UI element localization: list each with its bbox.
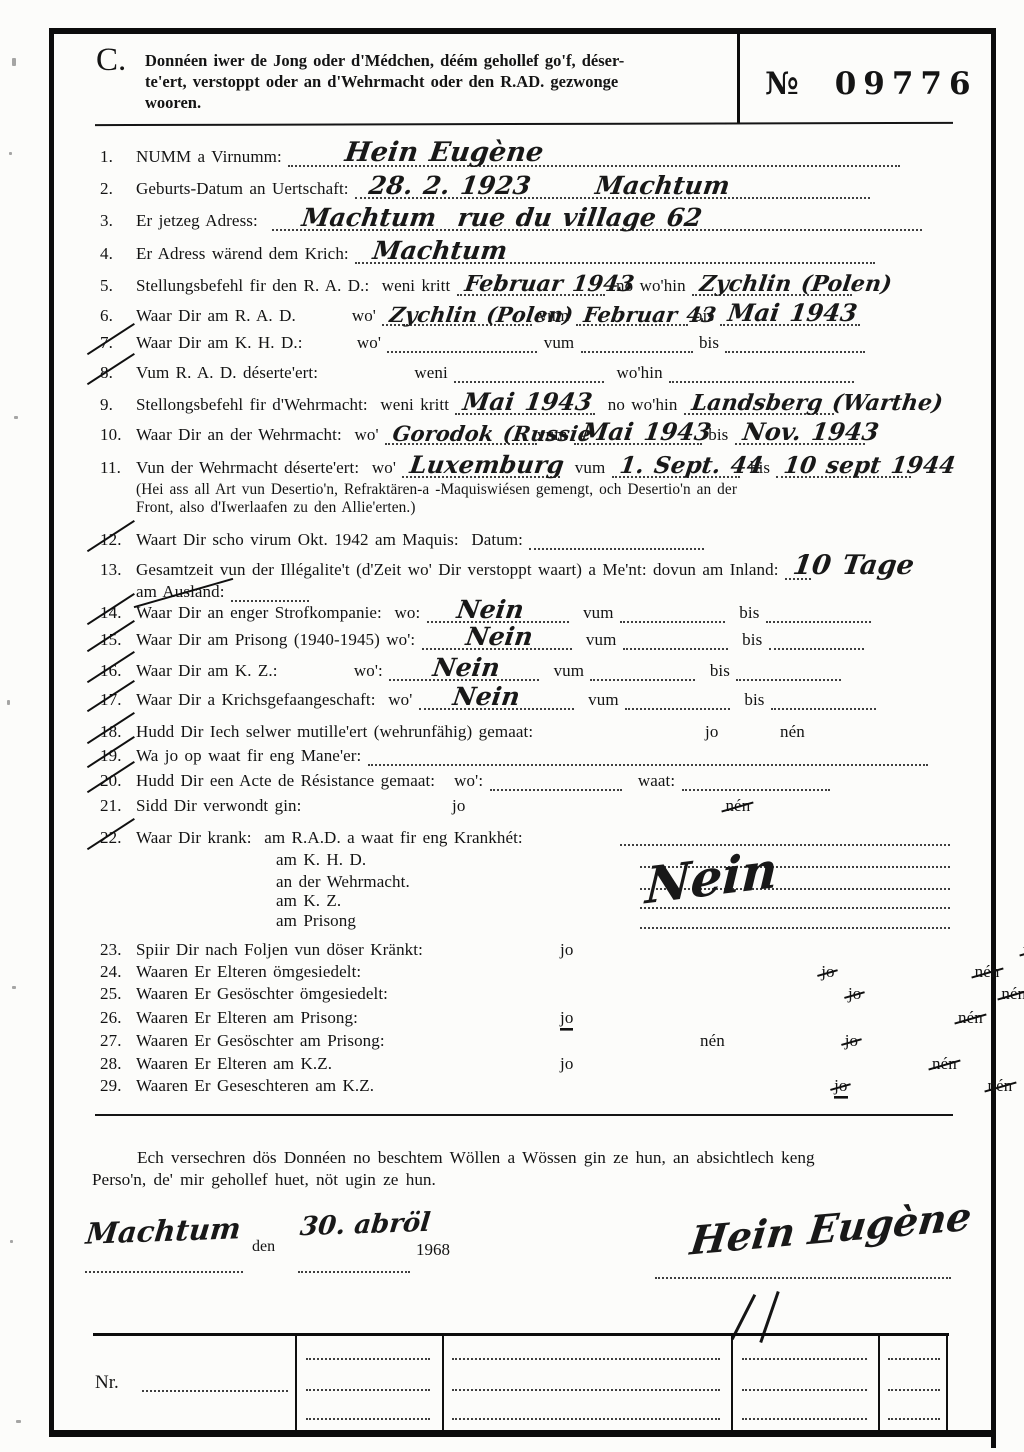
- handwritten-date: 30. abröl: [298, 1208, 431, 1243]
- handwritten-value: Mai 1943: [461, 387, 594, 416]
- form-item-10: 10.Waar Dir an der Wehrmacht: wo' Gorodo…: [100, 425, 1000, 445]
- table-column-line: [295, 1336, 297, 1430]
- entry-line: Nein: [422, 631, 572, 650]
- handwritten-value: Mai 1943: [726, 298, 859, 327]
- entry-line: 1. Sept. 44: [612, 459, 740, 478]
- item-number: 25.: [100, 984, 136, 1004]
- field-label: bis: [693, 333, 726, 353]
- form-item-25: 25.Waaren Er Gesöschter ömgesiedelt:joné…: [100, 984, 1000, 1004]
- item-number: 21.: [100, 796, 136, 816]
- field-label: Waar Dir am K. H. D.:: [136, 333, 309, 353]
- item-number: 15.: [100, 630, 136, 650]
- item-number: 17.: [100, 690, 136, 710]
- handwritten-value: 10 sept 1944: [782, 452, 957, 479]
- table-dotted-line: [452, 1418, 720, 1420]
- item-number: 23.: [100, 940, 136, 960]
- handwritten-value: Nein: [464, 622, 535, 651]
- field-label: Gesamtzeit vun der Illégalite't (d'Zeit …: [136, 560, 785, 580]
- form-item-11: 11.Vun der Wehrmacht déserte'ert: wo' Lu…: [100, 458, 1000, 478]
- form-subrow: am K. H. D.: [100, 850, 1000, 870]
- form-item-28: 28.Waaren Er Elteren am K.Z.jonén: [100, 1054, 1000, 1074]
- handwritten-value: Hein Eugène: [343, 137, 546, 168]
- field-label: vum: [547, 661, 590, 681]
- dotted-line: [231, 583, 309, 602]
- entry-line: Mai 1943: [720, 307, 860, 326]
- field-label: Waar Dir krank: am R.A.D. a waat fir eng…: [136, 828, 529, 848]
- item-number: 5.: [100, 276, 136, 296]
- entry-line: 10 sept 1944: [776, 459, 911, 478]
- field-label: Waar Dir an der Wehrmacht:: [136, 425, 355, 445]
- dotted-line: [454, 364, 604, 383]
- dotted-line: [387, 334, 537, 353]
- option-label: jo: [560, 1054, 573, 1074]
- table-dotted-line: [742, 1389, 867, 1391]
- dotted-line: [669, 364, 854, 383]
- handwritten-value: Zychlin (Polen): [698, 271, 894, 297]
- entry-line: Machtum rue du village 62: [272, 212, 922, 231]
- frame-bottom-border: [49, 1430, 996, 1437]
- table-dotted-line: [306, 1358, 430, 1360]
- form-subrow: am K. Z.: [100, 891, 1000, 911]
- handwritten-value: Mai 1943: [580, 417, 713, 446]
- option-label: jo: [821, 962, 834, 982]
- entry-line: Nein: [389, 662, 539, 681]
- dotted-line: [625, 691, 730, 710]
- form-item-16: 16.Waar Dir am K. Z.: wo': Nein vum bis: [100, 661, 1000, 681]
- signature-dotted-line: [655, 1260, 951, 1279]
- entry-line: Nein: [419, 691, 574, 710]
- dotted-line: [771, 691, 876, 710]
- field-label: vum: [582, 690, 625, 710]
- scan-artifact: [10, 1240, 13, 1243]
- handwritten-value: Machtum: [371, 236, 509, 265]
- field-label: waat:: [632, 771, 682, 791]
- form-item-18: 18.Hudd Dir Iech selwer mutille'ert (weh…: [100, 722, 1000, 742]
- dotted-line: [590, 662, 695, 681]
- form-item-20: 20.Hudd Dir een Acte de Résistance gemaa…: [100, 771, 1000, 791]
- den-label: den: [252, 1238, 275, 1256]
- item-number: 24.: [100, 962, 136, 982]
- entry-line: Zychlin (Polen): [382, 307, 532, 326]
- header-divider: [737, 34, 740, 124]
- form-subrow: am Ausland:: [100, 582, 1000, 602]
- handwritten-value: Nov. 1943: [741, 417, 881, 446]
- option-label: nén: [932, 1054, 957, 1074]
- option-label: nén: [975, 962, 1000, 982]
- field-label: am Ausland:: [136, 582, 231, 602]
- dotted-line: [620, 827, 950, 846]
- form-item-3: 3.Er jetzeg Adress: Machtum rue du villa…: [100, 211, 1000, 231]
- item-number: 29.: [100, 1076, 136, 1096]
- entry-line: Machtum: [355, 245, 875, 264]
- form-title-line: te'ert, verstoppt oder an d'Wehrmacht od…: [145, 71, 725, 92]
- form-item-24: 24.Waaren Er Elteren ömgesiedelt:jonén: [100, 962, 1000, 982]
- form-title-line: Donnéen iwer de Jong oder d'Médchen, déé…: [145, 50, 725, 71]
- table-dotted-line: [306, 1389, 430, 1391]
- form-item-4: 4.Er Adress wärend dem Krich: Machtum: [100, 244, 1000, 264]
- field-label: vum: [537, 333, 580, 353]
- field-label: Waaren Er Geseschteren am K.Z.: [136, 1076, 374, 1096]
- item-number: 27.: [100, 1031, 136, 1051]
- table-dotted-line: [142, 1390, 288, 1392]
- item-number: 7.: [100, 333, 136, 353]
- field-label: Vum R. A. D. déserte'ert:: [136, 363, 324, 383]
- field-label: Waar Dir am R. A. D.: [136, 306, 296, 326]
- scan-artifact: [7, 700, 10, 705]
- form-item-2: 2.Geburts-Datum an Uertschaft: 28. 2. 19…: [100, 179, 1000, 199]
- entry-line: Landsberg (Warthe): [684, 396, 834, 415]
- field-label: vum: [568, 458, 611, 478]
- item-number: 28.: [100, 1054, 136, 1074]
- table-column-line: [946, 1336, 948, 1430]
- field-label: Sidd Dir verwondt gin:: [136, 796, 301, 816]
- dotted-line: [725, 334, 865, 353]
- item-number: 6.: [100, 306, 136, 326]
- form-item-21: 21.Sidd Dir verwondt gin:jonén: [100, 796, 1000, 816]
- dotted-line: [298, 1254, 410, 1273]
- note-text: Front, also d'Iwerlaafen zu den Allie'er…: [136, 499, 416, 517]
- item-number: 26.: [100, 1008, 136, 1028]
- form-item-19: 19.Wa jo op waat fir eng Mane'er:: [100, 746, 1000, 766]
- field-label: am K. Z.: [276, 891, 341, 911]
- form-subrow: Front, also d'Iwerlaafen zu den Allie'er…: [100, 499, 1000, 517]
- table-dotted-line: [452, 1358, 720, 1360]
- field-label: am K. H. D.: [276, 850, 366, 870]
- option-label: jo: [560, 1008, 573, 1028]
- form-item-26: 26.Waaren Er Elteren am Prisong:jonén: [100, 1008, 1000, 1028]
- field-label: wo': [388, 690, 419, 710]
- item-number: 3.: [100, 211, 136, 231]
- field-label: Waar Dir an enger Strofkompanie: wo:: [136, 603, 427, 623]
- handwritten-value: Zychlin (Polen): [388, 302, 575, 327]
- table-dotted-line: [306, 1418, 430, 1420]
- scan-artifact: [16, 1420, 21, 1423]
- field-label: bis: [736, 630, 769, 650]
- frame-top-border: [49, 28, 995, 34]
- handwritten-value: Luxemburg: [408, 450, 566, 479]
- option-label: jo: [452, 796, 465, 816]
- handwritten-value: Machtum rue du village 62: [300, 203, 704, 232]
- table-column-line: [442, 1336, 444, 1430]
- scan-artifact: [14, 416, 18, 419]
- item-number: 20.: [100, 771, 136, 791]
- entry-line: Hein Eugène: [288, 148, 900, 167]
- declaration-line: Perso'n, de' mir gehollef huet, nöt ugin…: [92, 1170, 436, 1190]
- dotted-line: [623, 631, 728, 650]
- form-item-7: 7.Waar Dir am K. H. D.: wo' vum bis: [100, 333, 1000, 353]
- field-label: Stellungsbefehl fir den R. A. D.:: [136, 276, 376, 296]
- table-column-line: [878, 1336, 880, 1430]
- handwritten-value: Nein: [431, 653, 502, 682]
- table-dotted-line: [742, 1418, 867, 1420]
- dotted-line: [620, 604, 725, 623]
- scan-artifact: [12, 58, 16, 66]
- field-label: Waaren Er Elteren am K.Z.: [136, 1054, 332, 1074]
- form-item-8: 8.Vum R. A. D. déserte'ert: weni wo'hin: [100, 363, 1000, 383]
- field-label: Er Adress wärend dem Krich:: [136, 244, 355, 264]
- dotted-line: [766, 604, 871, 623]
- dotted-line: [736, 662, 841, 681]
- item-number: 12.: [100, 530, 136, 550]
- form-item-13: 13.Gesamtzeit vun der Illégalite't (d'Ze…: [100, 560, 1000, 580]
- field-label: Waart Dir scho virum Okt. 1942 am Maquis…: [136, 530, 529, 550]
- item-number: 16.: [100, 661, 136, 681]
- scan-artifact: [9, 152, 12, 155]
- scan-artifact: [12, 986, 16, 989]
- frame-left-border: [49, 28, 54, 1435]
- option-label: jo: [845, 1031, 858, 1051]
- form-item-22: 22.Waar Dir krank: am R.A.D. a waat fir …: [100, 828, 1000, 848]
- item-number: 2.: [100, 179, 136, 199]
- field-label: wo':: [354, 661, 389, 681]
- item-number: 10.: [100, 425, 136, 445]
- table-top-border: [93, 1333, 949, 1336]
- field-label: wo': [372, 458, 403, 478]
- item-number: 8.: [100, 363, 136, 383]
- form-title: Donnéen iwer de Jong oder d'Médchen, déé…: [145, 50, 725, 113]
- form-title-line: wooren.: [145, 92, 725, 113]
- form-subrow: an der Wehrmacht.: [100, 872, 1000, 892]
- item-number: 9.: [100, 395, 136, 415]
- option-label: nén: [725, 796, 750, 816]
- field-label: weni: [414, 363, 454, 383]
- field-label: wo'hin: [610, 363, 669, 383]
- numero-sign: №: [765, 66, 799, 102]
- note-text: (Hei ass all Art vun Desertio'n, Refrakt…: [136, 481, 737, 499]
- field-label: bis: [738, 690, 771, 710]
- item-number: 1.: [100, 147, 136, 167]
- signature: Hein Eugène: [688, 1193, 974, 1264]
- option-label: jo: [705, 722, 718, 742]
- form-item-15: 15.Waar Dir am Prisong (1940-1945) wo': …: [100, 630, 1000, 650]
- form-item-17: 17.Waar Dir a Krichsgefaangeschaft: wo' …: [100, 690, 1000, 710]
- field-label: an der Wehrmacht.: [276, 872, 410, 892]
- field-label: vum: [580, 630, 623, 650]
- form-item-5: 5.Stellungsbefehl fir den R. A. D.: weni…: [100, 276, 1000, 296]
- entry-line: Zychlin (Polen): [692, 277, 852, 296]
- table-dotted-line: [888, 1418, 940, 1420]
- header-rule: [95, 122, 953, 126]
- form-item-14: 14.Waar Dir an enger Strofkompanie: wo: …: [100, 603, 1000, 623]
- handwritten-value: Landsberg (Warthe): [690, 390, 945, 416]
- entry-line: Februar 1943: [457, 277, 605, 296]
- field-label: Wa jo op waat fir eng Mane'er:: [136, 746, 368, 766]
- field-label: Spiir Dir nach Foljen vun döser Kränkt:: [136, 940, 423, 960]
- field-label: bis: [703, 661, 736, 681]
- option-label: nén: [1001, 984, 1024, 1004]
- handwritten-place: Machtum: [84, 1211, 242, 1251]
- dotted-line: [490, 772, 622, 791]
- option-label: jo: [834, 1076, 847, 1096]
- form-subrow: (Hei ass all Art vun Desertio'n, Refrakt…: [100, 481, 1000, 499]
- entry-line: Mai 1943: [455, 396, 595, 415]
- handwritten-value: 1. Sept. 44: [618, 452, 765, 479]
- dotted-line: [85, 1254, 243, 1273]
- handwritten-value: Nein: [455, 595, 526, 624]
- handwritten-value: Februar 43: [582, 302, 718, 327]
- document-number-value: 09776: [835, 66, 978, 102]
- entry-line: Nov. 1943: [735, 426, 865, 445]
- form-item-9: 9.Stellongsbefehl fir d'Wehrmacht: weni …: [100, 395, 1000, 415]
- entry-line: Mai 1943: [574, 426, 702, 445]
- field-label: Hudd Dir een Acte de Résistance gemaat: …: [136, 771, 490, 791]
- field-label: no wo'hin: [601, 395, 683, 415]
- dotted-line: [581, 334, 693, 353]
- section-rule: [95, 1114, 953, 1116]
- handwritten-value: 10 Tage: [791, 550, 916, 581]
- field-label: Waar Dir am K. Z.:: [136, 661, 284, 681]
- field-label: Vun der Wehrmacht déserte'ert:: [136, 458, 372, 478]
- field-label: weni kritt: [382, 276, 457, 296]
- entry-line: Gorodok (Russie: [385, 426, 537, 445]
- item-number: 13.: [100, 560, 136, 580]
- item-number: 11.: [100, 458, 136, 478]
- entry-line: 10 Tage: [785, 561, 811, 580]
- declaration-line: Ech versechren dös Donnéen no beschtem W…: [137, 1148, 815, 1168]
- table-dotted-line: [888, 1358, 940, 1360]
- nr-label: Nr.: [95, 1372, 119, 1394]
- entry-line: Februar 43: [576, 307, 688, 326]
- form-item-1: 1.NUMM a Virnumm: Hein Eugène: [100, 147, 1000, 167]
- item-number: 4.: [100, 244, 136, 264]
- form-subrow: am Prisong: [100, 911, 1000, 931]
- option-label: nén: [780, 722, 805, 742]
- entry-line: 28. 2. 1923 Machtum: [355, 180, 870, 199]
- table-dotted-line: [888, 1389, 940, 1391]
- scanned-form-page: C. Donnéen iwer de Jong oder d'Médchen, …: [0, 0, 1024, 1452]
- field-label: Geburts-Datum an Uertschaft:: [136, 179, 355, 199]
- form-item-12: 12.Waart Dir scho virum Okt. 1942 am Maq…: [100, 530, 1000, 550]
- section-letter: C.: [96, 42, 126, 79]
- option-label: nén: [700, 1031, 725, 1051]
- table-column-line: [731, 1336, 733, 1430]
- field-label: Waaren Er Elteren am Prisong:: [136, 1008, 358, 1028]
- field-label: wo': [357, 333, 388, 353]
- form-item-23: 23.Spiir Dir nach Foljen vun döser Kränk…: [100, 940, 1000, 960]
- field-label: NUMM a Virnumm:: [136, 147, 288, 167]
- field-label: Stellongsbefehl fir d'Wehrmacht:: [136, 395, 380, 415]
- field-label: wo': [355, 425, 386, 445]
- field-label: Er jetzeg Adress:: [136, 211, 264, 231]
- handwritten-value: Februar 1943: [463, 271, 636, 297]
- document-number: № 09776: [765, 66, 978, 102]
- dotted-line: [529, 531, 704, 550]
- handwritten-value: Nein: [451, 682, 522, 711]
- field-label: am Prisong: [276, 911, 356, 931]
- option-label: jo: [560, 940, 573, 960]
- entry-line: Luxemburg: [402, 459, 560, 478]
- field-label: Waar Dir am Prisong (1940-1945) wo':: [136, 630, 422, 650]
- table-dotted-line: [742, 1358, 867, 1360]
- dotted-line: [640, 910, 950, 929]
- form-item-6: 6.Waar Dir am R. A. D.wo' Zychlin (Polen…: [100, 306, 1000, 326]
- field-label: bis: [733, 603, 766, 623]
- field-label: Hudd Dir Iech selwer mutille'ert (wehrun…: [136, 722, 533, 742]
- item-number: 14.: [100, 603, 136, 623]
- field-label: weni kritt: [380, 395, 455, 415]
- form-item-27: 27.Waaren Er Gesöschter am Prisong:jonén: [100, 1031, 1000, 1051]
- option-label: nén: [988, 1076, 1013, 1096]
- entry-line: Nein: [427, 604, 569, 623]
- option-label: jo: [848, 984, 861, 1004]
- field-label: wo': [352, 306, 383, 326]
- table-dotted-line: [452, 1389, 720, 1391]
- dotted-line: [682, 772, 830, 791]
- field-label: Waaren Er Gesöschter ömgesiedelt:: [136, 984, 388, 1004]
- form-item-29: 29.Waaren Er Geseschteren am K.Z.jonén: [100, 1076, 1000, 1096]
- item-number: 22.: [100, 828, 136, 848]
- field-label: Waaren Er Gesöschter am Prisong:: [136, 1031, 385, 1051]
- handwritten-value: 28. 2. 1923 Machtum: [367, 171, 732, 200]
- field-label: vum: [577, 603, 620, 623]
- year-label: 1968: [416, 1240, 450, 1260]
- dotted-line: [368, 747, 928, 766]
- dotted-line: [769, 631, 864, 650]
- option-label: nén: [958, 1008, 983, 1028]
- field-label: Waar Dir a Krichsgefaangeschaft:: [136, 690, 388, 710]
- handwritten-value: Gorodok (Russie: [391, 421, 593, 446]
- field-label: Waaren Er Elteren ömgesiedelt:: [136, 962, 361, 982]
